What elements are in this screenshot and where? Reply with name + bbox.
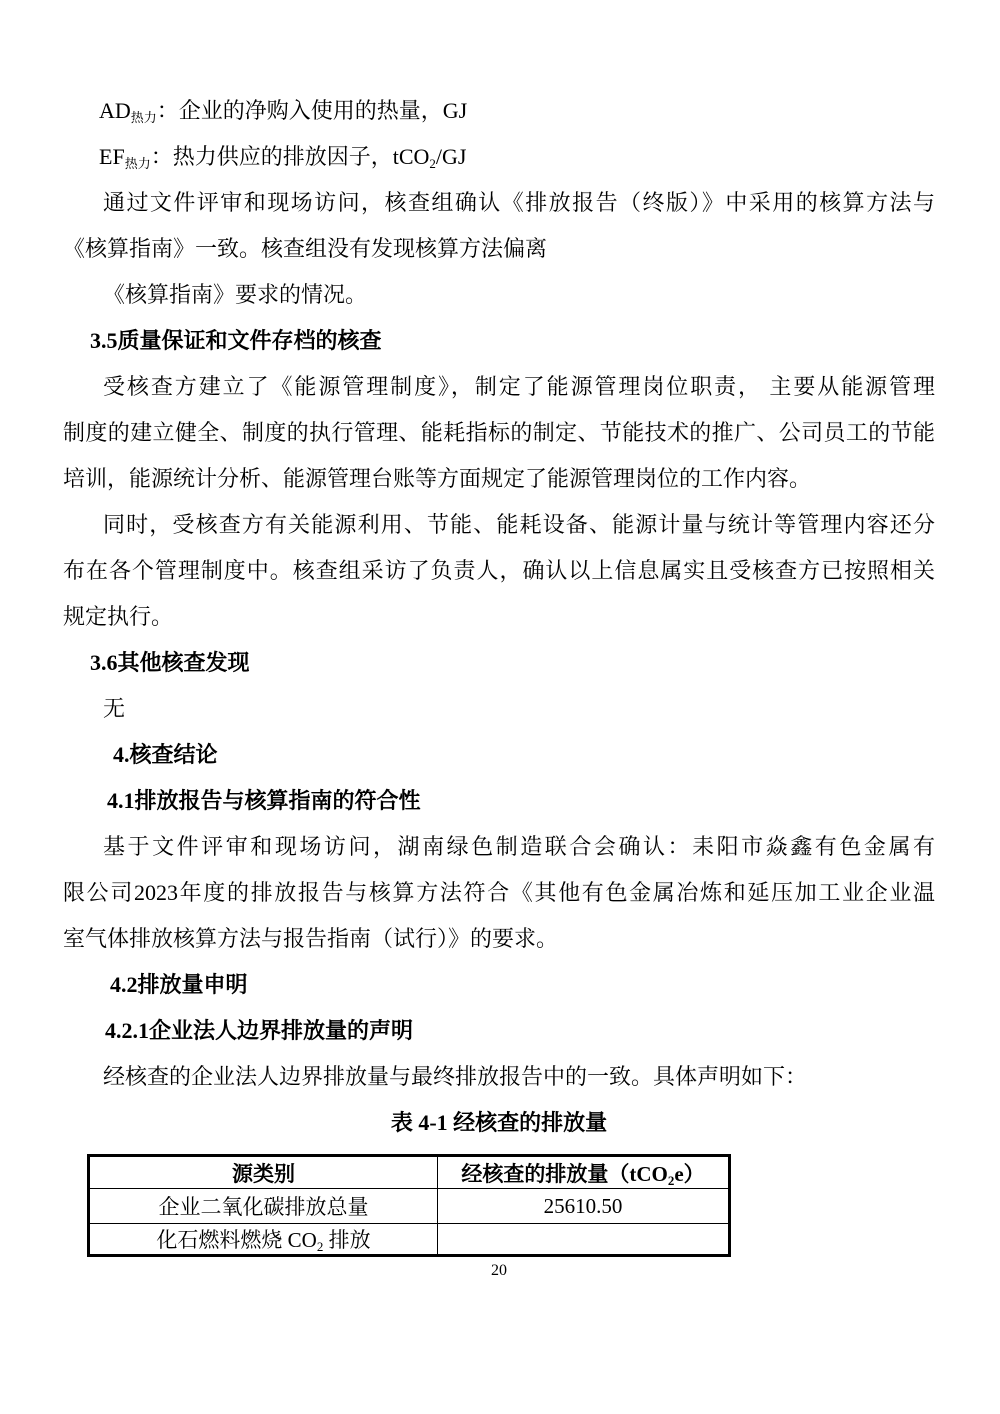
table-header-source: 源类别 [89, 1156, 438, 1189]
section-heading-4-2-1: 4.2.1企业法人边界排放量的声明 [63, 1008, 935, 1054]
paragraph-basis-line-3: 室气体排放核算方法与报告指南（试行）》的要求。 [63, 916, 935, 962]
section-heading-3-5: 3.5质量保证和文件存档的核查 [63, 318, 935, 364]
formula-line-ef: EF热力：热力供应的排放因子，tCO2/GJ [63, 134, 935, 180]
formula-line-ad: AD热力：企业的净购入使用的热量，GJ [63, 88, 935, 134]
paragraph-method-line-2: 《核算指南》一致。核查组没有发现核算方法偏离 [63, 226, 935, 272]
section-heading-4-2: 4.2排放量申明 [63, 962, 935, 1008]
paragraph-mgmt-line-1: 同时，受核查方有关能源利用、节能、能耗设备、能源计量与统计等管理内容还分 [63, 502, 935, 548]
paragraph-qa-line-3: 培训，能源统计分析、能源管理台账等方面规定了能源管理岗位的工作内容。 [63, 456, 935, 502]
table-cell-source-total: 企业二氧化碳排放总量 [89, 1189, 438, 1224]
paragraph-method-line-1: 通过文件评审和现场访问，核查组确认《排放报告（终版）》中采用的核算方法与 [63, 180, 935, 226]
section-heading-3-6: 3.6其他核查发现 [63, 640, 935, 686]
table-row: 企业二氧化碳排放总量 25610.50 [89, 1189, 730, 1224]
table-cell-amount-total: 25610.50 [438, 1189, 730, 1224]
table-4-1: 源类别 经核查的排放量（tCO2e） 企业二氧化碳排放总量 25610.50 化… [87, 1154, 731, 1257]
table-cell-source-fossil: 化石燃料燃烧 CO2 排放 [89, 1224, 438, 1256]
paragraph-mgmt-line-3: 规定执行。 [63, 594, 935, 640]
page-number: 20 [63, 1260, 935, 1282]
paragraph-basis-line-1: 基于文件评审和现场访问，湖南绿色制造联合会确认：耒阳市焱鑫有色金属有 [63, 824, 935, 870]
table-header-amount: 经核查的排放量（tCO2e） [438, 1156, 730, 1189]
table-cell-amount-fossil [438, 1224, 730, 1256]
table-row: 化石燃料燃烧 CO2 排放 [89, 1224, 730, 1256]
paragraph-basis-line-2: 限公司2023年度的排放报告与核算方法符合《其他有色金属冶炼和延压加工业企业温 [63, 870, 935, 916]
table-header-row: 源类别 经核查的排放量（tCO2e） [89, 1156, 730, 1189]
paragraph-qa-line-2: 制度的建立健全、制度的执行管理、能耗指标的制定、节能技术的推广、公司员工的节能 [63, 410, 935, 456]
paragraph-none: 无 [63, 686, 935, 732]
paragraph-qa-line-1: 受核查方建立了《能源管理制度》，制定了能源管理岗位职责， 主要从能源管理 [63, 364, 935, 410]
paragraph-declaration: 经核查的企业法人边界排放量与最终排放报告中的一致。具体声明如下： [63, 1054, 935, 1100]
section-heading-4-1: 4.1排放报告与核算指南的符合性 [63, 778, 935, 824]
document-page: AD热力：企业的净购入使用的热量，GJ EF热力：热力供应的排放因子，tCO2/… [0, 0, 1000, 1414]
paragraph-method-line-3: 《核算指南》要求的情况。 [63, 272, 935, 318]
table-4-1-title: 表 4-1 经核查的排放量 [63, 1100, 935, 1146]
section-heading-4: 4.核查结论 [63, 732, 935, 778]
paragraph-mgmt-line-2: 布在各个管理制度中。核查组采访了负责人，确认以上信息属实且受核查方已按照相关 [63, 548, 935, 594]
